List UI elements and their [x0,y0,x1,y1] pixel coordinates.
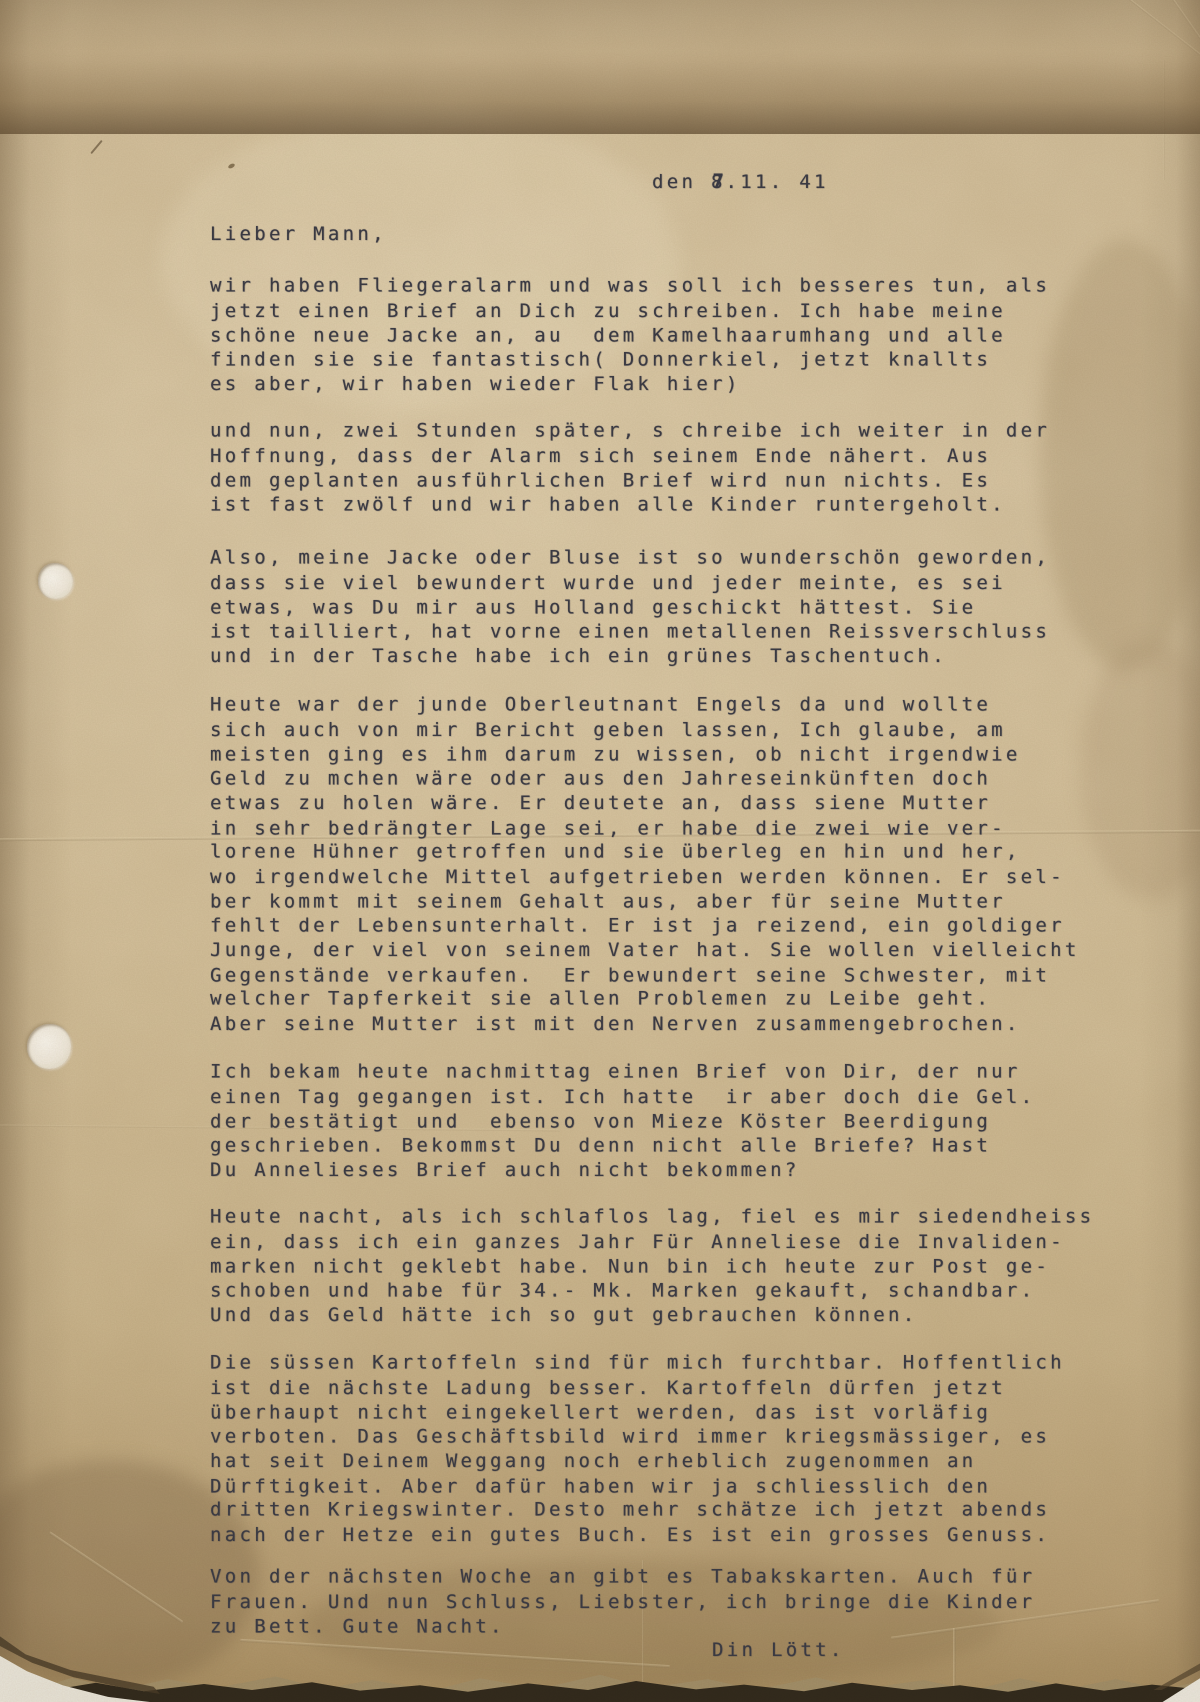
letter-line: schoben und habe für 34.- Mk. Marken gek… [210,1278,1094,1303]
letter-line: lorene Hühner getroffen und sie überleg … [210,840,1080,865]
letter-line: geschrieben. Bekommst Du denn nicht alle… [210,1133,1035,1158]
letter-paragraph-1: wir haben Fliegeralarm und was soll ich … [210,274,1050,397]
letter-paragraph-5: Ich bekam heute nachmittag einen Brief v… [210,1060,1035,1183]
signature: Din Lött. [712,1638,845,1663]
letter-line: meisten ging es ihm darum zu wissen, ob … [210,743,1080,768]
crease-line [1154,0,1200,52]
letter-line: der bestätigt und ebenso von Mieze Köste… [210,1110,1035,1135]
letter-line: und nun, zwei Stunden später, s chreibe … [210,419,1050,444]
letter-line: dass sie viel bewundert wurde und jeder … [210,571,1050,596]
letter-line: fehlt der Lebensunterhalt. Er ist ja rei… [210,913,1080,938]
pen-mark [90,140,102,154]
letter-page: den 87.11. 41 Lieber Mann, wir haben Fli… [0,0,1200,1702]
crease-line [1114,0,1200,75]
letter-line: verboten. Das Geschäftsbild wird immer k… [210,1424,1065,1449]
bottom-left-corner-tear [0,1638,150,1702]
letter-line: Junge, der viel von seinem Vater hat. Si… [210,938,1080,963]
letter-paragraph-7: Die süssen Kartoffeln sind für mich furc… [210,1351,1065,1547]
paper-speck [227,163,235,170]
letter-line: ist tailliert, hat vorne einen metallene… [210,619,1050,644]
letter-line: Hoffnung, dass der Alarm sich seinem End… [210,444,1050,469]
letter-paragraph-4: Heute war der junde Oberleutnant Engels … [210,693,1080,1036]
date-suffix: .11. 41 [726,171,829,193]
letter-line: finden sie sie fantastisch( Donnerkiel, … [210,347,1050,372]
letter-line: etwas, was Du mir aus Holland geschickt … [210,596,1050,621]
stain [1080,640,1200,900]
crease-line [240,1639,669,1668]
date-line: den 87.11. 41 [593,145,829,219]
crease-line [1163,60,1165,180]
letter-line: Gegenstände verkaufen. Er bewundert sein… [210,963,1080,988]
letter-line: Geld zu mchen wäre oder aus den Jahresei… [210,766,1080,791]
letter-line: etwas zu holen wäre. Er deutete an, dass… [210,791,1080,816]
letter-line: wo irgendwelche Mittel aufgetrieben werd… [210,865,1080,890]
letter-paragraph-6: Heute nacht, als ich schlaflos lag, fiel… [210,1205,1094,1328]
letter-line: Heute nacht, als ich schlaflos lag, fiel… [210,1205,1094,1230]
punch-hole [27,1024,71,1069]
overstruck-digit: 87 [711,170,726,195]
letter-line: welcher Tapferkeit sie allen Problemen z… [210,987,1080,1012]
letter-line: zu Bett. Gute Nacht. [210,1615,1035,1640]
letter-line: ein, dass ich ein ganzes Jahr Für Anneli… [210,1230,1094,1255]
letter-paragraph-8: Von der nächsten Woche an gibt es Tabaks… [210,1565,1035,1639]
bottom-left-corner-rim [0,1634,160,1694]
bottom-right-corner-rim [1142,1656,1200,1690]
letter-line: marken nicht geklebt habe. Nun bin ich h… [210,1255,1094,1280]
letter-line: Frauen. Und nun Schluss, Liebster, ich b… [210,1590,1035,1615]
letter-line: ist die nächste Ladung besser. Kartoffel… [210,1376,1065,1401]
letter-line: überhaupt nicht eingekellert werden, das… [210,1401,1065,1426]
torn-edge [0,1672,1200,1702]
punch-hole [38,563,73,599]
letter-line: ist fast zwölf und wir haben alle Kinder… [210,492,1050,517]
letter-line: Du Annelieses Brief auch nicht bekommen? [210,1158,1035,1183]
letter-line: Ich bekam heute nachmittag einen Brief v… [210,1060,1035,1085]
letter-line: und in der Tasche habe ich ein grünes Ta… [210,644,1050,669]
stain [1040,240,1200,670]
letter-line: Aber seine Mutter ist mit den Nerven zus… [210,1012,1080,1037]
bottom-right-corner-tear [1148,1668,1200,1702]
letter-paragraph-2: und nun, zwei Stunden später, s chreibe … [210,419,1050,517]
letter-paragraph-3: Also, meine Jacke oder Bluse ist so wund… [210,546,1050,669]
date-prefix: den [652,171,711,193]
crease-line [49,1532,183,1624]
letter-line: Die süssen Kartoffeln sind für mich furc… [210,1351,1065,1376]
letter-line: Von der nächsten Woche an gibt es Tabaks… [210,1565,1035,1590]
letter-line: hat seit Deinem Weggang noch erheblich z… [210,1449,1065,1474]
bottom-wear-band [0,0,1200,134]
letter-line: es aber, wir haben wieder Flak hier) [210,372,1050,397]
letter-line: dem geplanten ausführlichen Brief wird n… [210,469,1050,494]
letter-line: jetzt einen Brief an Dich zu schreiben. … [210,299,1050,324]
salutation: Lieber Mann, [210,222,387,247]
letter-line: ber kommt mit seinem Gehalt aus, aber fü… [210,890,1080,915]
letter-line: sich auch von mir Bericht geben lassen, … [210,718,1080,743]
letter-line: nach der Hetze ein gutes Buch. Es ist ei… [210,1523,1065,1548]
letter-line: Heute war der junde Oberleutnant Engels … [210,693,1080,718]
letter-line: schöne neue Jacke an, au dem Kamelhaarum… [210,324,1050,349]
letter-line: Dürftigkeit. Aber dafür haben wir ja sch… [210,1474,1065,1499]
letter-line: in sehr bedrängter Lage sei, er habe die… [210,816,1080,841]
letter-line: Also, meine Jacke oder Bluse ist so wund… [210,546,1050,571]
letter-line: Und das Geld hätte ich so gut gebrauchen… [210,1303,1094,1328]
torn-edge-highlight [0,1658,1200,1702]
letter-line: dritten Kriegswinter. Desto mehr schätze… [210,1498,1065,1523]
letter-line: wir haben Fliegeralarm und was soll ich … [210,274,1050,299]
letter-line: einen Tag gegangen ist. Ich hatte ir abe… [210,1085,1035,1110]
